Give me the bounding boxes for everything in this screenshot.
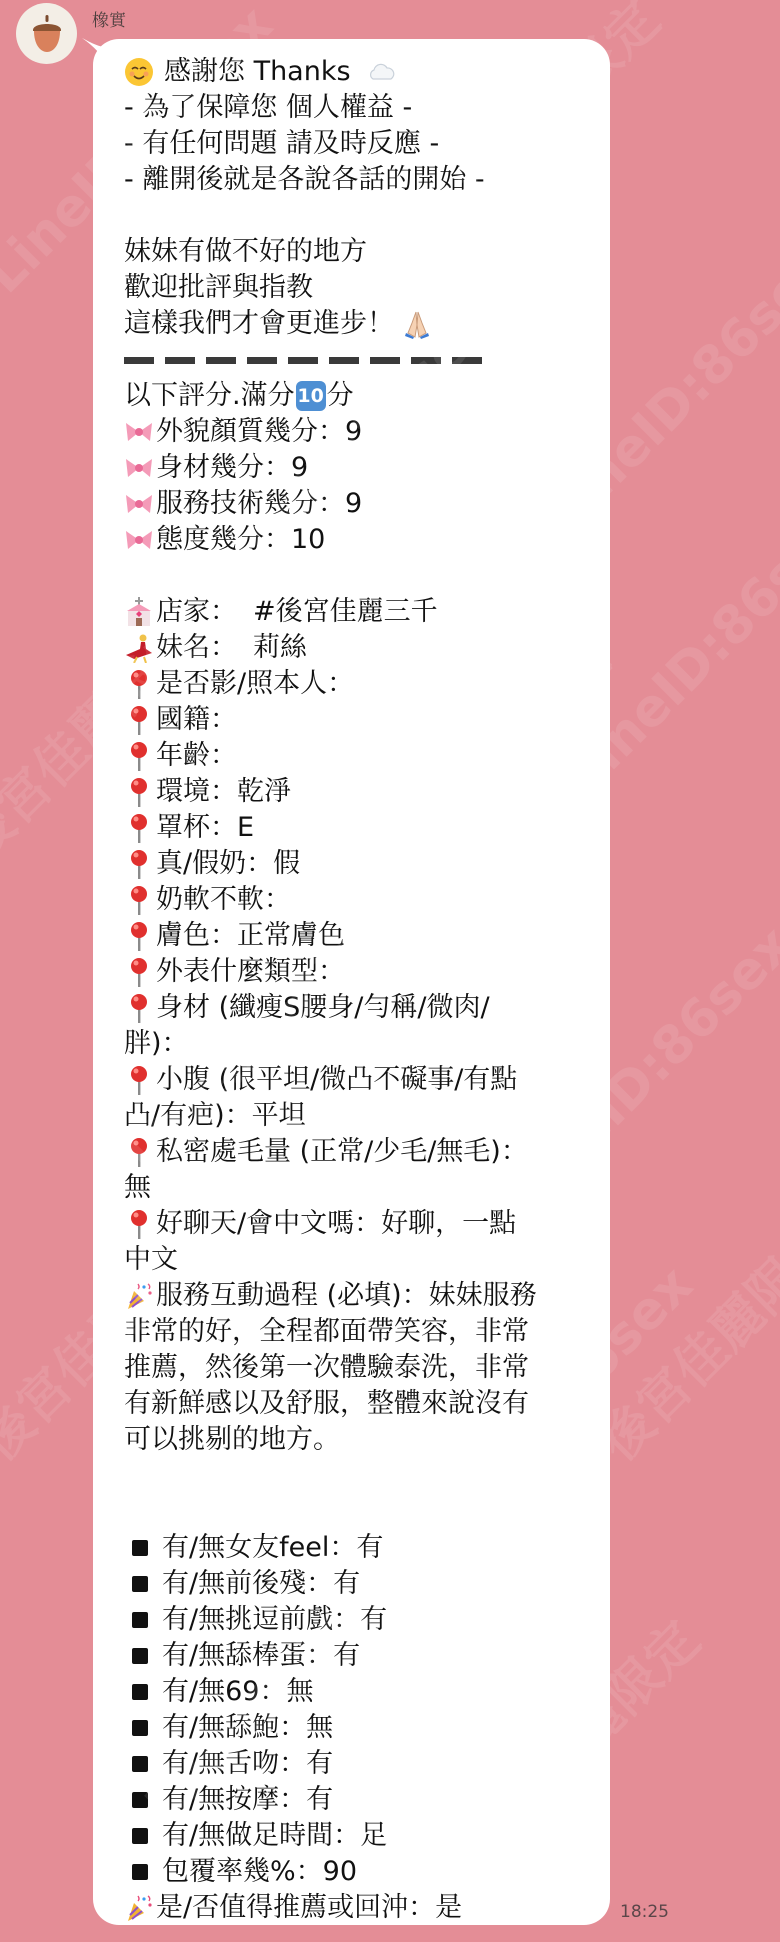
keycap-ten-icon: 10	[296, 381, 326, 411]
round-pushpin-icon	[124, 813, 154, 843]
round-pushpin-icon	[124, 921, 154, 951]
round-pushpin-icon	[124, 849, 154, 879]
checklist-row: 有/無69：無	[124, 1674, 594, 1710]
recommend-row: 是/否值得推薦或回沖：是	[124, 1890, 594, 1926]
detail-row: 奶軟不軟：	[124, 882, 594, 918]
detail-row-wrapped: 小腹 (很平坦/微凸不礙事/有點	[124, 1062, 594, 1098]
ribbon-icon	[124, 489, 154, 519]
wedding-chapel-icon	[124, 597, 154, 627]
black-square-icon	[132, 1612, 148, 1628]
black-square-icon	[132, 1684, 148, 1700]
blank-line	[124, 1458, 594, 1494]
rating-row: 外貌顏質幾分：9	[124, 414, 594, 450]
blank-line	[124, 198, 594, 234]
black-square-icon	[132, 1540, 148, 1556]
detail-row-wrapped: 身材 (纖瘦S腰身/勻稱/微肉/	[124, 990, 594, 1026]
detail-row: 外表什麼類型：	[124, 954, 594, 990]
smiling-face-icon	[124, 57, 154, 87]
message-text: 感謝您 Thanks - 為了保障您 個人權益 - - 有任何問題 請及時反應 …	[124, 54, 594, 1926]
header-text: 感謝您 Thanks	[164, 54, 351, 90]
detail-row-continuation: 中文	[124, 1242, 594, 1278]
sender-name: 橡實	[92, 6, 126, 31]
checklist-row: 有/無前後殘：有	[124, 1566, 594, 1602]
detail-row-wrapped: 私密處毛量 (正常/少毛/無毛)：	[124, 1134, 594, 1170]
black-square-icon	[132, 1828, 148, 1844]
black-square-icon	[132, 1648, 148, 1664]
notice-line: - 離開後就是各說各話的開始 -	[124, 162, 594, 198]
checklist-row: 有/無舔棒蛋：有	[124, 1638, 594, 1674]
service-process-line: 可以挑剔的地方。	[124, 1422, 594, 1458]
dancer-icon	[124, 633, 154, 663]
detail-row: 是否影/照本人：	[124, 666, 594, 702]
checklist-row: 包覆率幾%：90	[124, 1854, 594, 1890]
avatar[interactable]	[16, 3, 77, 64]
feedback-text: 這樣我們才會更進步！	[124, 306, 394, 342]
rating-row: 身材幾分：9	[124, 450, 594, 486]
round-pushpin-icon	[124, 669, 154, 699]
detail-row-continuation: 凸/有疤)：平坦	[124, 1098, 594, 1134]
black-square-icon	[132, 1576, 148, 1592]
checklist-row: 有/無按摩：有	[124, 1782, 594, 1818]
round-pushpin-icon	[124, 885, 154, 915]
acorn-icon	[30, 14, 64, 54]
detail-row-continuation: 胖)：	[124, 1026, 594, 1062]
checklist-row: 有/無舌吻：有	[124, 1746, 594, 1782]
cloud-icon	[367, 57, 397, 87]
ribbon-icon	[124, 525, 154, 555]
detail-row: 環境：乾淨	[124, 774, 594, 810]
rating-intro: 以下評分.滿分 10 分	[124, 378, 594, 414]
notice-line: - 有任何問題 請及時反應 -	[124, 126, 594, 162]
message-timestamp: 18:25	[620, 1902, 669, 1922]
detail-row: 真/假奶：假	[124, 846, 594, 882]
service-process-line: 非常的好，全程都面帶笑容，非常	[124, 1314, 594, 1350]
blank-line	[124, 1494, 594, 1530]
detail-row: 年齡：	[124, 738, 594, 774]
round-pushpin-icon	[124, 957, 154, 987]
service-process-line: 服務互動過程 (必填)：妹妹服務	[124, 1278, 594, 1314]
black-square-icon	[132, 1792, 148, 1808]
notice-line: - 為了保障您 個人權益 -	[124, 90, 594, 126]
ribbon-icon	[124, 453, 154, 483]
blank-line	[124, 558, 594, 594]
girl-row: 妹名：莉絲	[124, 630, 594, 666]
shop-row: 店家：#後宮佳麗三千	[124, 594, 594, 630]
round-pushpin-icon	[124, 1137, 154, 1167]
round-pushpin-icon	[124, 777, 154, 807]
rating-row: 態度幾分：10	[124, 522, 594, 558]
checklist-row: 有/無女友feel：有	[124, 1530, 594, 1566]
dashed-divider	[124, 342, 594, 378]
round-pushpin-icon	[124, 993, 154, 1023]
detail-row-wrapped: 好聊天/會中文嗎：好聊，一點	[124, 1206, 594, 1242]
feedback-line-with-emoji: 這樣我們才會更進步！	[124, 306, 594, 342]
feedback-line: 妹妹有做不好的地方	[124, 234, 594, 270]
detail-row: 國籍：	[124, 702, 594, 738]
checklist-row: 有/無舔鮑：無	[124, 1710, 594, 1746]
round-pushpin-icon	[124, 1209, 154, 1239]
party-popper-icon	[124, 1281, 154, 1311]
black-square-icon	[132, 1864, 148, 1880]
round-pushpin-icon	[124, 705, 154, 735]
detail-row-continuation: 無	[124, 1170, 594, 1206]
ribbon-icon	[124, 417, 154, 447]
black-square-icon	[132, 1720, 148, 1736]
black-square-icon	[132, 1756, 148, 1772]
party-popper-icon	[124, 1893, 154, 1923]
bubble-tail	[80, 36, 110, 66]
detail-row: 膚色：正常膚色	[124, 918, 594, 954]
rating-row: 服務技術幾分：9	[124, 486, 594, 522]
service-process-line: 推薦，然後第一次體驗泰洗，非常	[124, 1350, 594, 1386]
checklist-row: 有/無做足時間：足	[124, 1818, 594, 1854]
detail-row: 罩杯：E	[124, 810, 594, 846]
service-process-line: 有新鮮感以及舒服，整體來說沒有	[124, 1386, 594, 1422]
feedback-line: 歡迎批評與指教	[124, 270, 594, 306]
checklist-row: 有/無挑逗前戲：有	[124, 1602, 594, 1638]
round-pushpin-icon	[124, 1065, 154, 1095]
folded-hands-icon	[402, 309, 432, 339]
message-header: 感謝您 Thanks	[124, 54, 594, 90]
round-pushpin-icon	[124, 741, 154, 771]
